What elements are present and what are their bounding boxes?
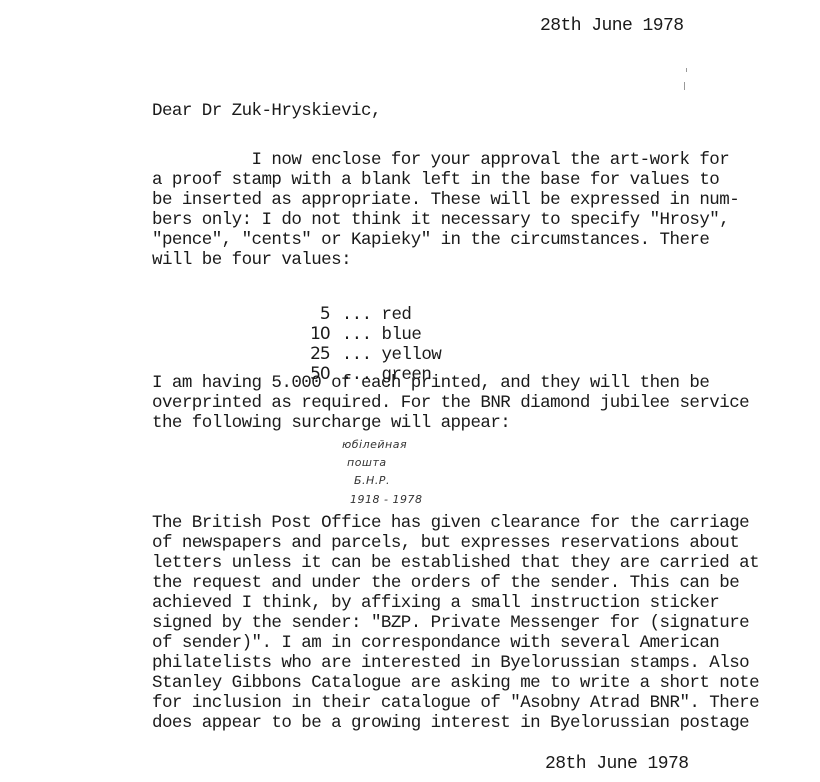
paragraph-line: of sender)". I am in correspondance with…	[152, 633, 719, 653]
handwritten-line: 1918 - 1978	[350, 493, 422, 506]
paragraph-line: signed by the sender: "BZP. Private Mess…	[152, 613, 749, 633]
paragraph-line: does appear to be a growing interest in …	[152, 713, 749, 733]
paper-speck	[684, 82, 685, 90]
paragraph-line: I now enclose for your approval the art-…	[152, 150, 729, 170]
paragraph-line: overprinted as required. For the BNR dia…	[152, 393, 749, 413]
paper-speck	[686, 68, 687, 72]
paragraph-line: letters unless it can be established tha…	[152, 553, 759, 573]
handwritten-line: пошта	[347, 456, 387, 469]
handwritten-line: юбілейная	[342, 438, 407, 451]
paragraph-line: philatelists who are interested in Byelo…	[152, 653, 749, 673]
letter-date-bottom: 28th June 1978	[545, 754, 689, 774]
paragraph-line: I am having 5.000 of each printed, and t…	[152, 373, 709, 393]
paragraph-line: for inclusion in their catalogue of "Aso…	[152, 693, 759, 713]
letter-date-top: 28th June 1978	[540, 16, 684, 36]
handwritten-line: Б.Н.Р.	[354, 474, 390, 487]
paragraph-line: bers only: I do not think it necessary t…	[152, 210, 729, 230]
paragraph-line: "pence", "cents" or Kapieky" in the circ…	[152, 230, 709, 250]
salutation: Dear Dr Zuk-Hryskievic,	[152, 101, 381, 121]
paragraph-line: will be four values:	[152, 250, 351, 270]
paragraph-line: achieved I think, by affixing a small in…	[152, 593, 719, 613]
paragraph-line: of newspapers and parcels, but expresses…	[152, 533, 739, 553]
paragraph-line: The British Post Office has given cleara…	[152, 513, 749, 533]
paragraph-line: a proof stamp with a blank left in the b…	[152, 170, 719, 190]
paragraph-line: the request and under the orders of the …	[152, 573, 739, 593]
paragraph-line: Stanley Gibbons Catalogue are asking me …	[152, 673, 759, 693]
paragraph-line: be inserted as appropriate. These will b…	[152, 190, 739, 210]
paragraph-line: the following surcharge will appear:	[152, 413, 510, 433]
